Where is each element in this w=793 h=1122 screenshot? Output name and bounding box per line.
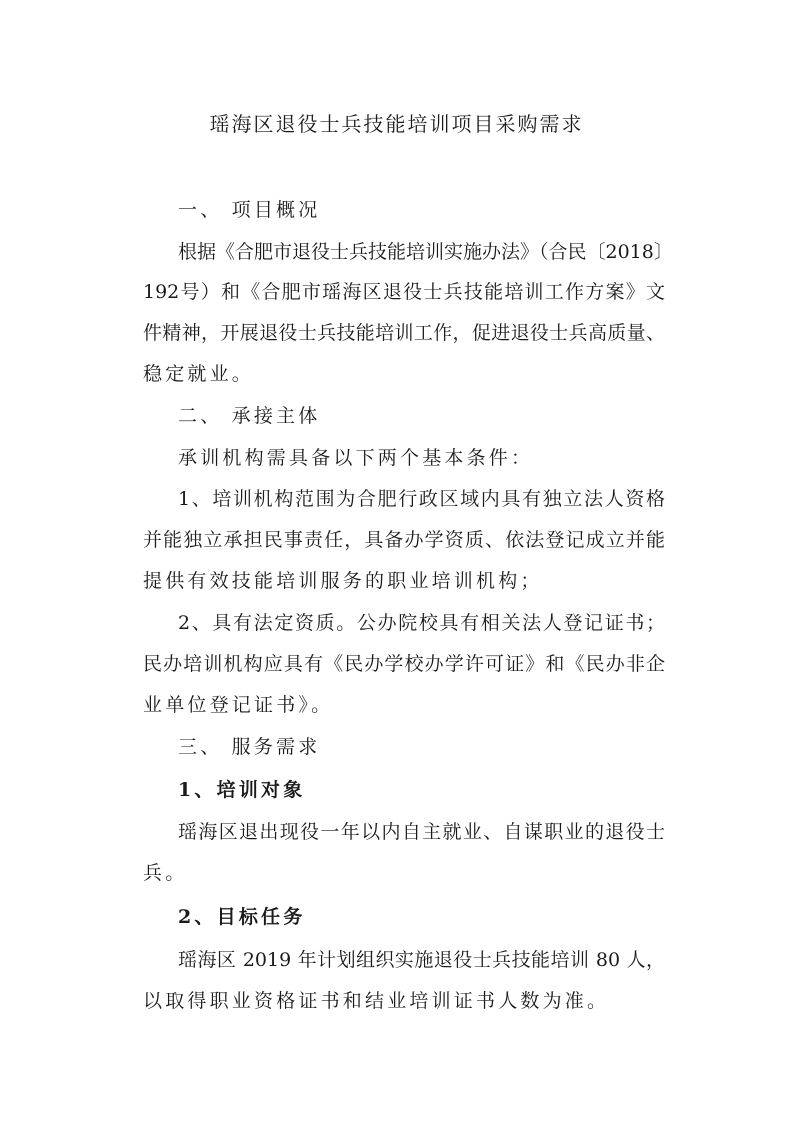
paragraph-line: 192号）和《合肥市瑶海区退役士兵技能培训工作方案》文 bbox=[143, 277, 665, 304]
paragraph-line: 民办培训机构应具有《民办学校办学许可证》和《民办非企 bbox=[143, 649, 665, 676]
section-heading-3: 三、 服务需求 bbox=[178, 732, 698, 759]
paragraph-line: 根据《合肥市退役士兵技能培训实施办法》（合民〔2018〕 bbox=[178, 237, 665, 264]
paragraph-line: 稳定就业。 bbox=[143, 359, 663, 386]
paragraph-line: 瑶海区退出现役一年以内自主就业、自谋职业的退役士 bbox=[178, 817, 665, 844]
paragraph-line: 兵。 bbox=[143, 858, 663, 885]
paragraph-line: 承训机构需具备以下两个基本条件： bbox=[178, 443, 698, 470]
section-heading-1: 一、 项目概况 bbox=[178, 195, 698, 222]
document-title: 瑶海区退役士兵技能培训项目采购需求 bbox=[0, 108, 793, 137]
paragraph-line: 提供有效技能培训服务的职业培训机构； bbox=[143, 566, 663, 593]
paragraph-line: 以取得职业资格证书和结业培训证书人数为准。 bbox=[143, 986, 663, 1013]
subheading: 2、目标任务 bbox=[178, 902, 698, 929]
paragraph-line: 并能独立承担民事责任，具备办学资质、依法登记成立并能 bbox=[143, 525, 665, 552]
paragraph-line: 业单位登记证书》。 bbox=[143, 690, 663, 717]
paragraph-line: 件精神，开展退役士兵技能培训工作，促进退役士兵高质量、 bbox=[143, 318, 665, 345]
paragraph-line: 瑶海区 2019 年计划组织实施退役士兵技能培训 80 人， bbox=[178, 945, 665, 972]
list-item: 2、具有法定资质。公办院校具有相关法人登记证书； bbox=[178, 608, 665, 635]
list-item: 1、培训机构范围为合肥行政区域内具有独立法人资格 bbox=[178, 484, 665, 511]
section-heading-2: 二、 承接主体 bbox=[178, 401, 698, 428]
subheading: 1、培训对象 bbox=[178, 775, 698, 802]
